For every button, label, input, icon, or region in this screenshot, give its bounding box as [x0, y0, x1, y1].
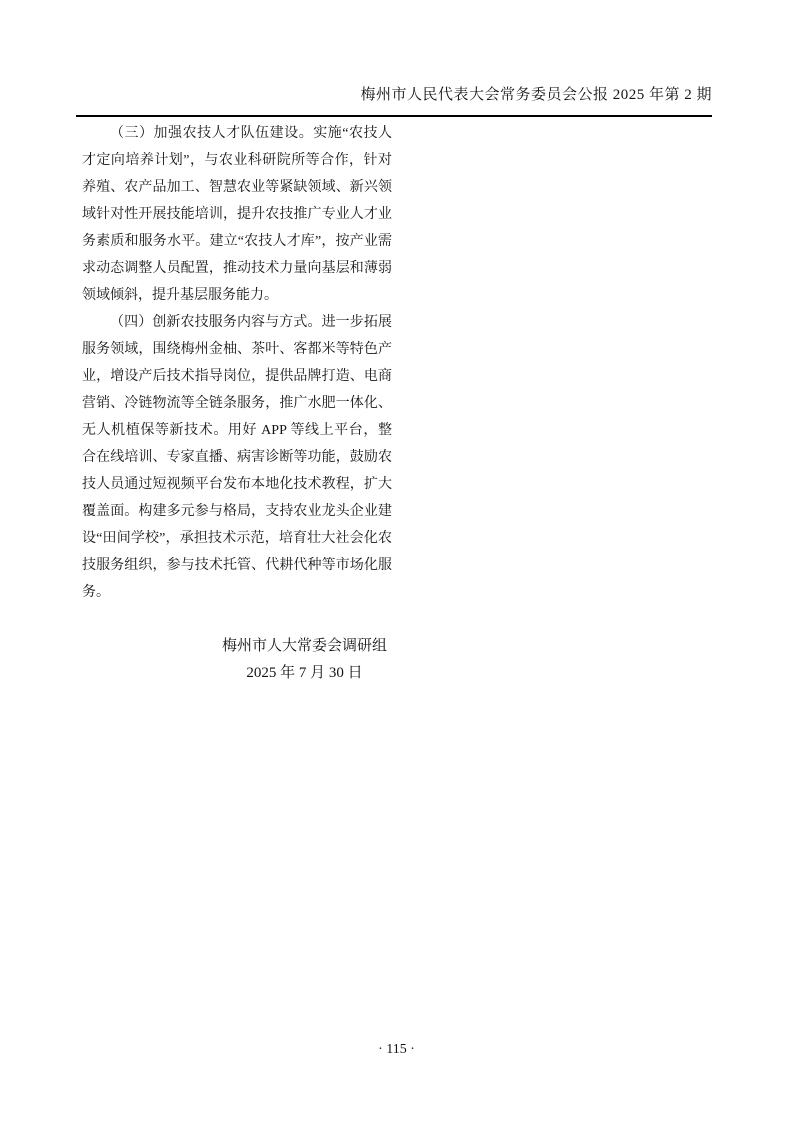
paragraph-lead: （三）加强农技人才队伍建设。	[110, 126, 313, 141]
bulletin-title: 梅州市人民代表大会常务委员会公报 2025 年第 2 期	[360, 87, 712, 103]
paragraph-2: （四）创新农技服务内容与方式。进一步拓展服务领域，围绕梅州金柚、茶叶、客都米等特…	[82, 309, 392, 606]
paragraph-text: 实施“农技人才定向培养计划”，与农业科研院所等合作，针对养殖、农产品加工、智慧农…	[82, 126, 392, 303]
page-header: 梅州市人民代表大会常务委员会公报 2025 年第 2 期	[76, 86, 712, 105]
paragraph-text: 进一步拓展服务领域，围绕梅州金柚、茶叶、客都米等特色产业，增设产后技术指导岗位，…	[82, 315, 392, 600]
article-column: （三）加强农技人才队伍建设。实施“农技人才定向培养计划”，与农业科研院所等合作，…	[82, 120, 392, 687]
header-rule	[76, 115, 712, 117]
page-number-text: · 115 ·	[378, 1042, 415, 1057]
signature-inner: 梅州市人大常委会调研组 2025 年 7 月 30 日	[222, 633, 387, 687]
signature-date: 2025 年 7 月 30 日	[222, 660, 387, 687]
signature-org: 梅州市人大常委会调研组	[222, 633, 387, 660]
paragraph-1: （三）加强农技人才队伍建设。实施“农技人才定向培养计划”，与农业科研院所等合作，…	[82, 120, 392, 309]
paragraph-lead: （四）创新农技服务内容与方式。	[110, 315, 322, 330]
document-page: 梅州市人民代表大会常务委员会公报 2025 年第 2 期 （三）加强农技人才队伍…	[0, 0, 793, 1122]
page-number: · 115 ·	[0, 1041, 793, 1059]
signature-block: 梅州市人大常委会调研组 2025 年 7 月 30 日	[82, 633, 392, 687]
